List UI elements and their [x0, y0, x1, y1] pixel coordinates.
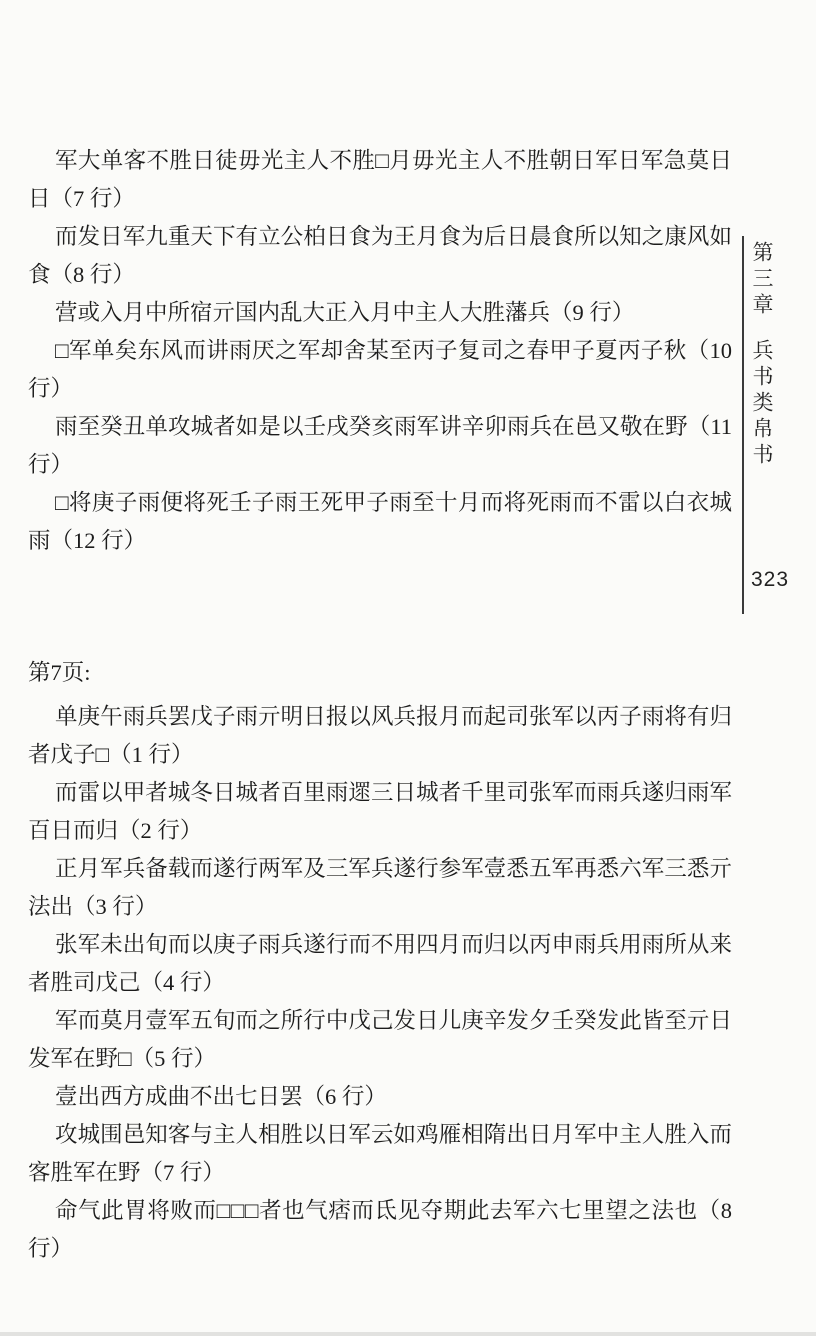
transcription-paragraph: 壹出西方成曲不出七日罢（6 行）: [28, 1078, 732, 1116]
transcription-paragraph: 军而莫月壹军五旬而之所行中戊己发日儿庚辛发夕壬癸发此皆至亓日发军在野□（5 行）: [28, 1002, 732, 1078]
sidebar-rule: [742, 236, 744, 614]
transcription-paragraph: 雨至癸丑单攻城者如是以壬戌癸亥雨军讲辛卯雨兵在邑又敬在野（11 行）: [28, 408, 732, 484]
transcription-section-1: 军大单客不胜日徒毋光主人不胜□月毋光主人不胜朝日军日军急莫日日（7 行）而发日军…: [28, 142, 732, 560]
transcription-paragraph: 营或入月中所宿亓国内乱大正入月中主人大胜藩兵（9 行）: [28, 294, 732, 332]
transcription-paragraph: □将庚子雨便将死壬子雨王死甲子雨至十月而将死雨而不雷以白衣城雨（12 行）: [28, 484, 732, 560]
transcription-paragraph: □军单矣东风而讲雨厌之军却舍某至丙子复司之春甲子夏丙子秋（10 行）: [28, 332, 732, 408]
section-heading-page7: 第7页:: [28, 654, 732, 692]
page-number: 323: [751, 568, 789, 592]
scan-edge: [0, 1332, 816, 1336]
chapter-title-vertical: 兵书类帛书: [747, 339, 777, 469]
section-1-paragraphs: 军大单客不胜日徒毋光主人不胜□月毋光主人不胜朝日军日军急莫日日（7 行）而发日军…: [28, 142, 732, 560]
transcription-paragraph: 正月军兵备载而遂行两军及三军兵遂行参军壹悉五军再悉六军三悉亓法出（3 行）: [28, 850, 732, 926]
transcription-paragraph: 单庚午雨兵罢戊子雨亓明日报以风兵报月而起司张军以丙子雨将有归者戊子□（1 行）: [28, 698, 732, 774]
book-page: 军大单客不胜日徒毋光主人不胜□月毋光主人不胜朝日军日军急莫日日（7 行）而发日军…: [0, 0, 816, 1336]
transcription-paragraph: 张军未出旬而以庚子雨兵遂行而不用四月而归以丙申雨兵用雨所从来者胜司戊己（4 行）: [28, 926, 732, 1002]
transcription-paragraph: 攻城围邑知客与主人相胜以日军云如鸡雁相隋出日月军中主人胜入而客胜军在野（7 行）: [28, 1116, 732, 1192]
transcription-paragraph: 命气此胃将败而□□□者也气痞而氐见夺期此去军六七里望之法也（8 行）: [28, 1192, 732, 1268]
section-2-paragraphs: 单庚午雨兵罢戊子雨亓明日报以风兵报月而起司张军以丙子雨将有归者戊子□（1 行）而…: [28, 698, 732, 1268]
transcription-paragraph: 而雷以甲者城冬日城者百里雨遝三日城者千里司张军而雨兵遂归雨军百日而归（2 行）: [28, 774, 732, 850]
main-text-column: 军大单客不胜日徒毋光主人不胜□月毋光主人不胜朝日军日军急莫日日（7 行）而发日军…: [28, 142, 732, 1268]
transcription-section-2: 第7页: 单庚午雨兵罢戊子雨亓明日报以风兵报月而起司张军以丙子雨将有归者戊子□（…: [28, 654, 732, 1268]
transcription-paragraph: 军大单客不胜日徒毋光主人不胜□月毋光主人不胜朝日军日军急莫日日（7 行）: [28, 142, 732, 218]
chapter-number-vertical: 第三章: [747, 241, 777, 319]
transcription-paragraph: 而发日军九重天下有立公柏日食为王月食为后日晨食所以知之康风如食（8 行）: [28, 218, 732, 294]
